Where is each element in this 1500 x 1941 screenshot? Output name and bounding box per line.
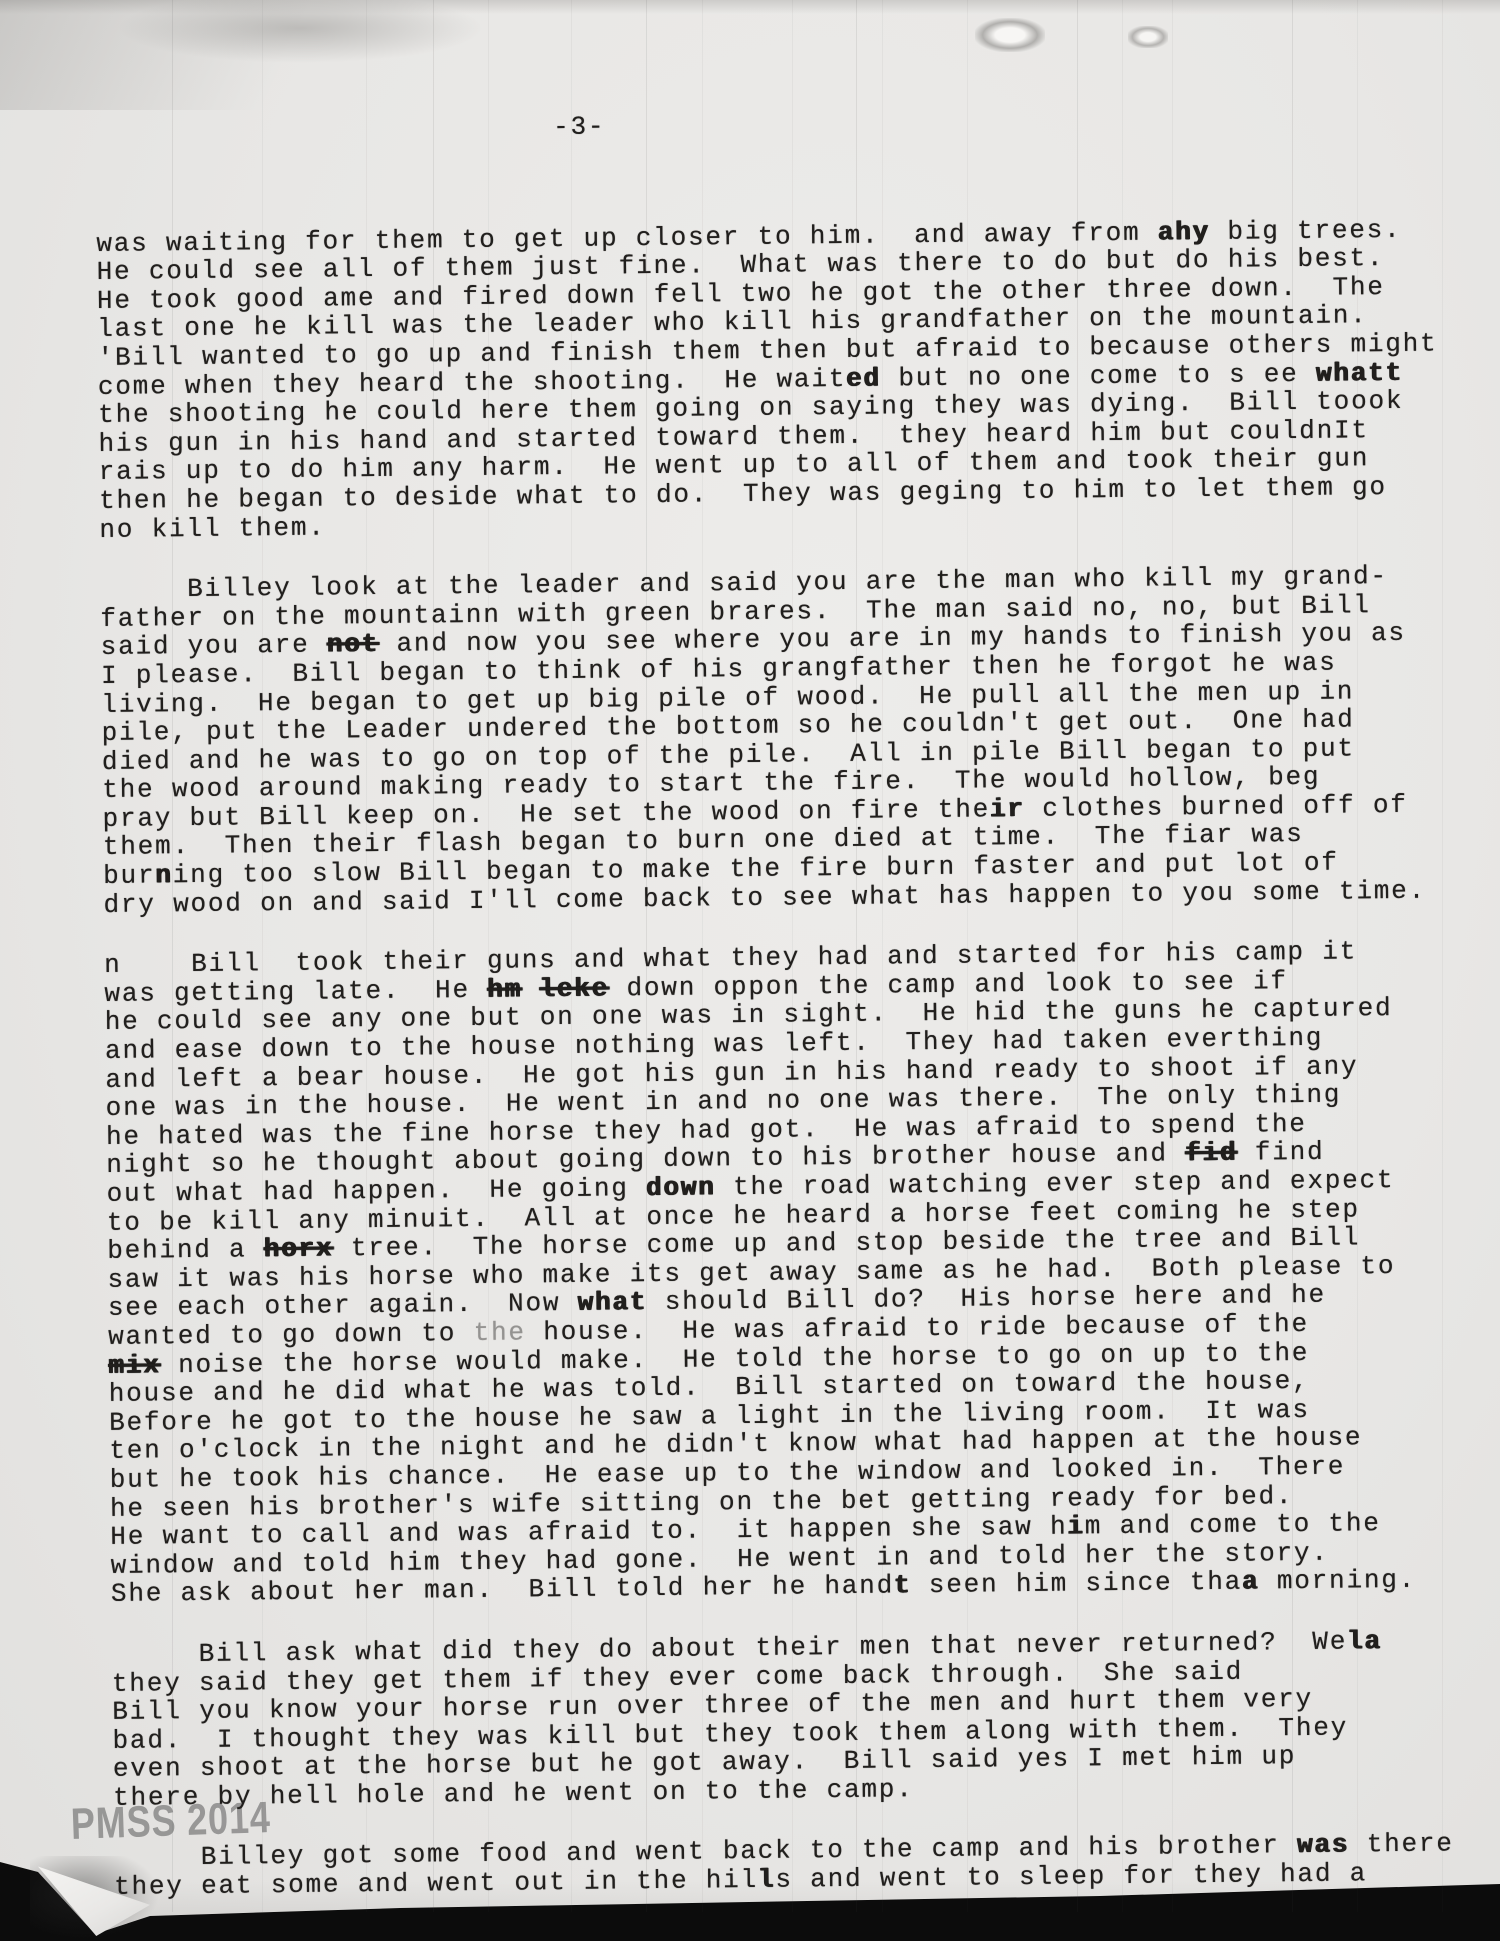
overtyped-text: the (473, 1317, 526, 1348)
overtyped-text: l (758, 1865, 776, 1895)
overtyped-text: t (894, 1571, 912, 1601)
paragraph: was waiting for them to get up closer to… (96, 215, 1464, 544)
overstruck-text: fid (1185, 1138, 1238, 1169)
scanned-document-screenshot: { "page": { "number_label": "-3-", "wate… (0, 0, 1500, 1941)
overtyped-text: down (646, 1172, 716, 1203)
paragraph: n Bill took their guns and what they had… (104, 936, 1476, 1608)
overstruck-text: not (327, 629, 380, 660)
text-segment: said you are (101, 630, 328, 662)
overtyped-text: whatt (1316, 357, 1403, 388)
typewritten-text-block: -3- was waiting for them to get up close… (95, 103, 1479, 1901)
paragraph: Bill ask what did they do about their me… (111, 1626, 1478, 1812)
overtyped-text: la (1347, 1626, 1382, 1656)
overtyped-text: was (1297, 1830, 1350, 1861)
overtyped-text: ir (990, 794, 1025, 824)
text-segment: bur (103, 860, 156, 891)
overtyped-text: n (155, 860, 173, 890)
text-segment: morning. (1259, 1565, 1416, 1597)
overtyped-text: ed (846, 363, 881, 393)
paragraph: Billey look at the leader and said you a… (100, 561, 1469, 919)
text-segment: behind a (107, 1234, 264, 1266)
text-segment: find (1237, 1137, 1324, 1168)
overtyped-text: a (1242, 1567, 1260, 1597)
overtyped-text: what (578, 1287, 648, 1318)
document-body: was waiting for them to get up closer to… (96, 215, 1479, 1902)
text-segment: s and went to sleep for they had a (775, 1858, 1367, 1894)
overstruck-text: hm (487, 974, 522, 1004)
text-segment: there (1349, 1829, 1454, 1860)
text-segment: seen him since tha (911, 1567, 1242, 1601)
text-segment (522, 974, 540, 1004)
overtyped-text: ahy (1158, 217, 1211, 248)
text-segment: no kill them. (99, 512, 326, 544)
text-segment: m and come to the (1085, 1508, 1381, 1541)
overstruck-text: horx (264, 1234, 334, 1265)
text-segment: clothes burned off of (1025, 790, 1408, 824)
overstruck-text: leke (539, 973, 609, 1004)
text-segment: big trees. (1210, 214, 1402, 246)
overtyped-text: i (1067, 1511, 1085, 1541)
overstruck-text: mix (108, 1350, 161, 1381)
